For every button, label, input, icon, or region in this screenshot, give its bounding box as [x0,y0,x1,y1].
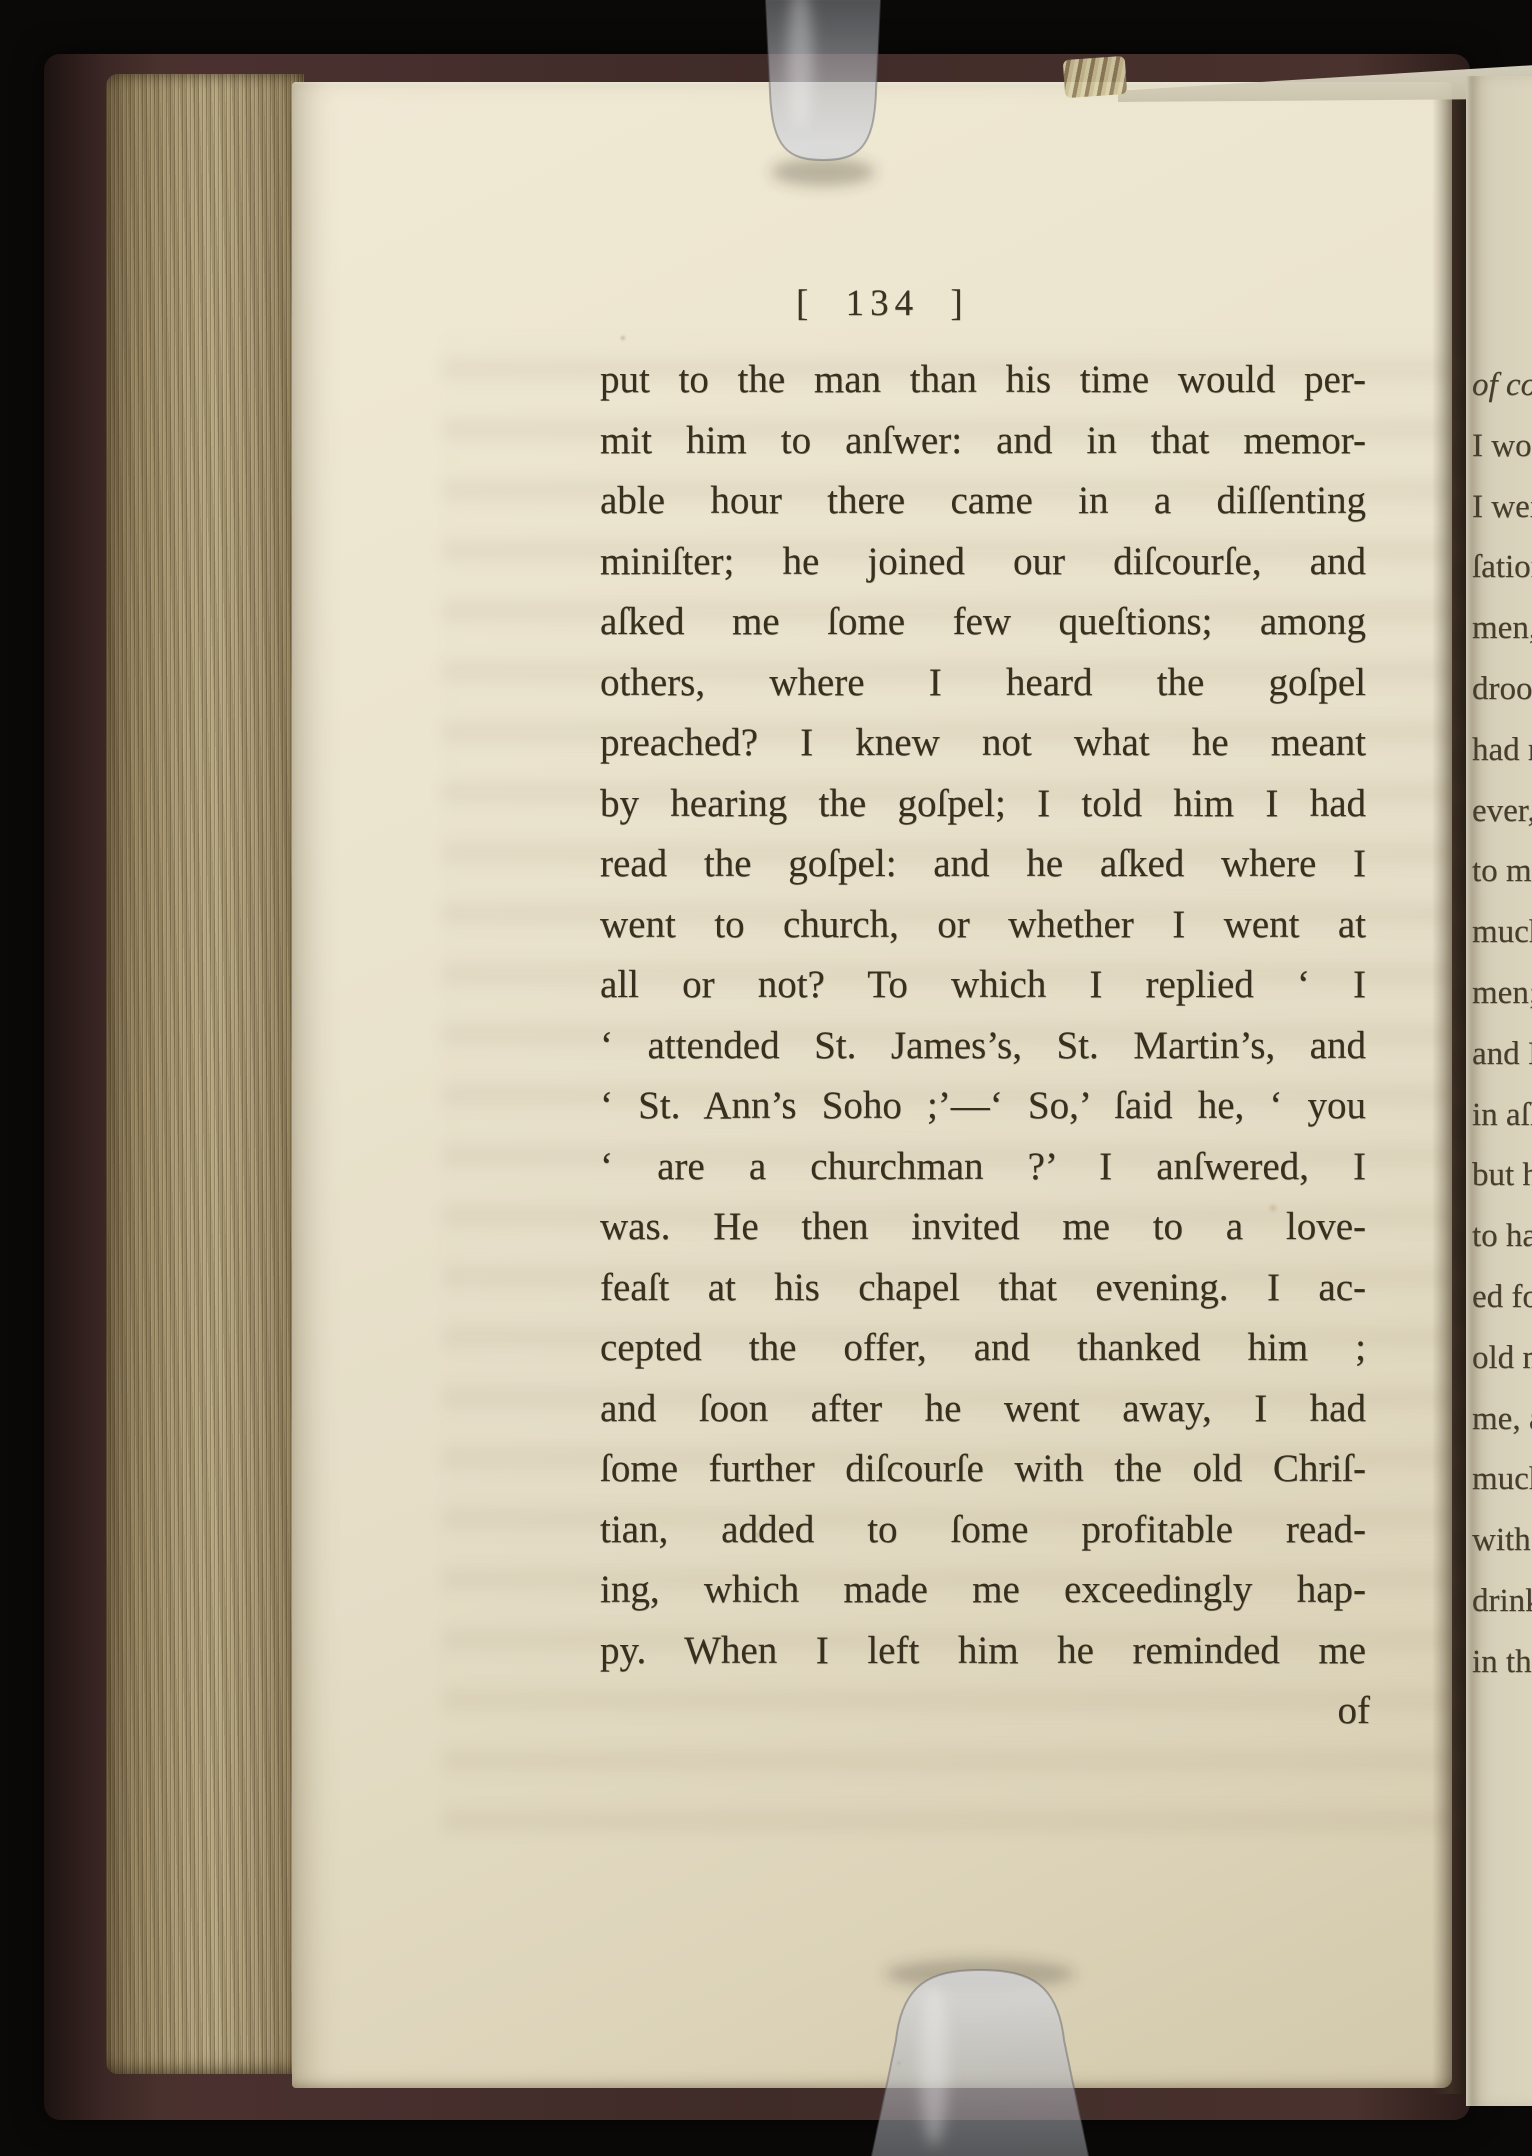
facing-page-line: had m [1472,720,1532,781]
headband [1063,56,1127,98]
book-photograph: [ 134 ] put to the man than his time wou… [0,0,1532,2156]
text-line: able hour there came in a diſſenting [600,471,1366,532]
facing-page-line: me, as [1472,1389,1532,1450]
facing-page-line: ſation t [1472,537,1532,598]
text-line: tian, added to ſome profitable read- [600,1500,1366,1561]
facing-page-line: much [1472,1449,1532,1510]
facing-page-line: ever, [1472,781,1532,842]
page-fore-edges [106,74,304,2074]
text-line: and ſoon after he went away, I had [600,1379,1366,1440]
text-line: feaſt at his chapel that evening. I ac- [600,1258,1366,1319]
facing-page-line: and I [1472,1024,1532,1085]
text-line: aſked me ſome few queſtions; among [600,592,1366,653]
facing-page-line: I weig [1472,477,1532,538]
facing-page-strip: of com I would I weig ſation t men, w dr… [1466,76,1532,2106]
text-line: ſome further diſcourſe with the old Chri… [600,1439,1366,1500]
facing-page-line: with [1472,1510,1532,1571]
facing-page-line: ed for [1472,1267,1532,1328]
facing-page-line: drink [1472,1571,1532,1632]
text-line: by hearing the goſpel; I told him I had [600,774,1366,835]
text-line: others, where I heard the goſpel [600,653,1366,714]
page-number: [ 134 ] [600,282,1532,325]
text-line: went to church, or whether I went at [600,895,1366,956]
gutter-shadow [1432,80,1466,2094]
facing-page-line: men, w [1472,598,1532,659]
text-line: ‘ attended St. James’s, St. Martin’s, an… [600,1016,1366,1077]
facing-page-text: of com I would I weig ſation t men, w dr… [1472,355,1532,1693]
facing-page-line: of com [1472,355,1532,416]
facing-page-line: much [1472,902,1532,963]
text-line: was. He then invited me to a love- [600,1197,1366,1258]
facing-page-line: in th [1472,1632,1532,1693]
page-text-block: put to the man than his time would per- … [600,350,1366,1681]
paper-specks [292,82,294,84]
text-line: mit him to anſwer: and in that memor- [600,411,1366,472]
facing-page-line: in aſk [1472,1085,1532,1146]
facing-page-line: droopi [1472,659,1532,720]
facing-page-line: old m [1472,1328,1532,1389]
text-line: ‘ St. Ann’s Soho ;’—‘ So,’ ſaid he, ‘ yo… [600,1076,1366,1137]
facing-page-line: I would [1472,416,1532,477]
facing-page-line: to hav [1472,1206,1532,1267]
text-line: ‘ are a churchman ?’ I anſwered, I [600,1137,1366,1198]
text-line: read the goſpel: and he aſked where I [600,834,1366,895]
catchword: of [600,1688,1370,1733]
left-page: [ 134 ] put to the man than his time wou… [292,82,1452,2088]
facing-page-line: to my [1472,841,1532,902]
text-line: all or not? To which I replied ‘ I [600,955,1366,1016]
facing-page-line: men; t [1472,963,1532,1024]
facing-page-line: but h [1472,1145,1532,1206]
text-line: miniſter; he joined our diſcourſe, and [600,532,1366,593]
text-line: cepted the offer, and thanked him ; [600,1318,1366,1379]
text-line: py. When I left him he reminded me [600,1621,1366,1682]
text-line: preached? I knew not what he meant [600,713,1366,774]
text-line: put to the man than his time would per- [600,350,1366,411]
text-line: ing, which made me exceedingly hap- [600,1560,1366,1621]
